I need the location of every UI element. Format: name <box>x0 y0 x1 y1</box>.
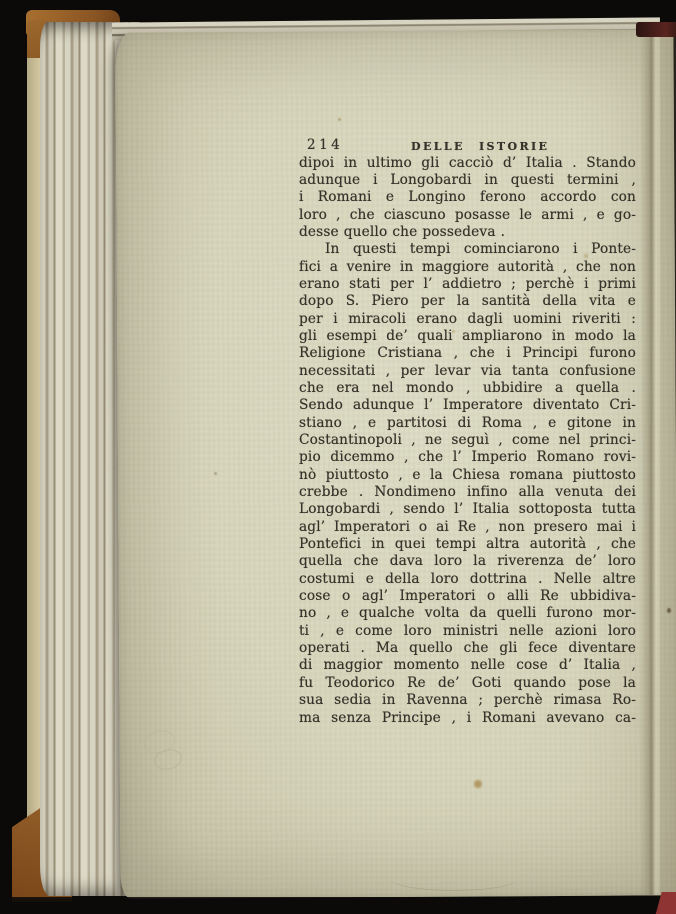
text-line: In questi tempi cominciarono i Ponte- <box>299 241 636 258</box>
text-line: desse quello che possedeva . <box>299 224 636 241</box>
text-line: quella che dava loro la riverenza de’ lo… <box>299 553 636 570</box>
page-number: 214 <box>307 137 343 153</box>
stain-dot <box>338 118 341 121</box>
text-line: Pontefici in quei tempi altra autorità ,… <box>299 536 636 553</box>
text-line: Longobardi , sendo l’ Italia sottoposta … <box>299 501 636 518</box>
text-line: Costantinopoli , ne seguì , come nel pri… <box>299 432 636 449</box>
text-line: loro , che ciascuno posasse le armi , e … <box>299 207 636 224</box>
page-gutter-shadow <box>640 33 662 895</box>
text-line: per i miracoli erano dagli uomini riveri… <box>299 311 636 328</box>
text-line: operati . Ma quello che gli fece diventa… <box>299 640 636 657</box>
text-line: gli esempi de’ quali ampliarono in modo … <box>299 328 636 345</box>
stain-dot <box>474 780 482 788</box>
text-line: costumi e della loro dottrina . Nelle al… <box>299 571 636 588</box>
text-line: necessitati , per levar via tanta confus… <box>299 363 636 380</box>
body-text: dipoi in ultimo gli cacciò d’ Italia . S… <box>299 155 636 727</box>
book-scan-photo: 214 DELLE ISTORIE dipoi in ultimo gli ca… <box>0 0 676 914</box>
stain-dot <box>667 608 671 613</box>
text-line: Religione Cristiana , che i Principi fur… <box>299 345 636 362</box>
text-line: che era nel mondo , ubbidire a quella . <box>299 380 636 397</box>
text-line: pio dicemmo , che l’ Imperio Romano rovi… <box>299 449 636 466</box>
text-line: cose o agl’ Imperatori o alli Re ubbidiv… <box>299 588 636 605</box>
running-title: DELLE ISTORIE <box>411 140 549 153</box>
facing-page-fold <box>660 35 676 893</box>
text-line: dopo S. Piero per la santità della vita … <box>299 293 636 310</box>
text-line: fici a venire in maggiore autorità , che… <box>299 259 636 276</box>
text-line: erano stati per l’ addietro ; perchè i p… <box>299 276 636 293</box>
spine-top-right <box>636 22 676 37</box>
text-line: ma senza Principe , i Romani avevano ca- <box>299 710 636 727</box>
text-line: Sendo adunque l’ Imperatore diventato Cr… <box>299 397 636 414</box>
text-line: fu Teodorico Re de’ Goti quando pose la <box>299 675 636 692</box>
text-line: agl’ Imperatori o ai Re , non presero ma… <box>299 519 636 536</box>
text-line: sua sedia in Ravenna ; perchè rimasa Ro- <box>299 692 636 709</box>
text-line: i Romani e Longino ferono accordo con <box>299 189 636 206</box>
page-header: 214 DELLE ISTORIE <box>299 137 636 154</box>
text-line: dipoi in ultimo gli cacciò d’ Italia . S… <box>299 155 636 172</box>
text-line: nò piuttosto , e la Chiesa romana piutto… <box>299 467 636 484</box>
photo-bottom-edge <box>0 897 676 914</box>
paper-crease <box>390 866 518 891</box>
text-line: no , e qualche volta da quelli furono mo… <box>299 605 636 622</box>
text-line: crebbe . Nondimeno infino alla venuta de… <box>299 484 636 501</box>
text-line: adunque i Longobardi in questi termini , <box>299 172 636 189</box>
stain-dot <box>214 472 217 475</box>
text-line: stiano , e partitosi di Roma , e gitone … <box>299 415 636 432</box>
text-line: ti , e come loro ministri nelle azioni l… <box>299 623 636 640</box>
printed-page-text: 214 DELLE ISTORIE dipoi in ultimo gli ca… <box>299 137 636 154</box>
text-line: di maggior momento nelle cose d’ Italia … <box>299 657 636 674</box>
